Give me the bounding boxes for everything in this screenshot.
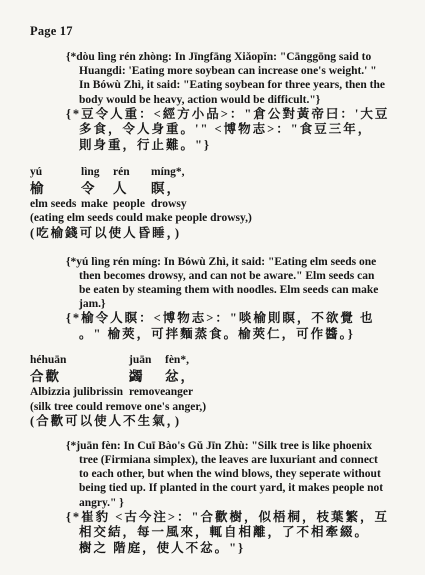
note-line-chinese: {*崔豹 <古今注>："合歡樹，似梧桐，枝葉繁，互 — [66, 510, 405, 525]
pinyin-word: juān — [129, 352, 165, 369]
gloss-word: remove — [129, 385, 165, 399]
verse-translation-en: (silk tree could remove one's anger,) — [30, 400, 405, 414]
note-line: {*dòu lìng rén zhòng: In Jīngfāng Xiǎopǐ… — [66, 50, 405, 64]
gloss-row: Albizzia julibrissin remove anger — [30, 385, 405, 399]
note-line: angry." } — [66, 496, 405, 510]
pinyin-word: lìng — [81, 164, 113, 181]
pinyin-word: rén — [113, 164, 151, 181]
note-juan: {*juān fèn: In Cuī Bào's Gǔ Jīn Zhù: "Si… — [66, 439, 405, 556]
pinyin-word: héhuān — [30, 352, 129, 369]
note-line: then becomes drowsy, and can not be awar… — [66, 269, 405, 283]
hanzi-word: 蠲 — [129, 369, 165, 385]
note-line-chinese: {*榆令人瞑：<博物志>："啖榆則瞑，不欲覺 也 — [66, 311, 405, 326]
note-line: be eaten by steaming them with noodles. … — [66, 283, 405, 297]
pinyin-row: yú lìng rén míng*, — [30, 164, 405, 181]
note-line: being tied up. If planted in the court y… — [66, 481, 405, 495]
note-line-chinese: 。" 榆莢，可拌麵蒸食。榆莢仁，可作醬。} — [66, 327, 405, 342]
gloss-word: elm seeds — [30, 197, 81, 211]
hanzi-word: 瞑， — [151, 181, 182, 197]
document-page: Page 17 {*dòu lìng rén zhòng: In Jīngfān… — [0, 0, 425, 575]
note-line: jam.} — [66, 297, 405, 311]
note-line-chinese: 則身重，行止難。"} — [66, 138, 405, 153]
hanzi-word: 忿， — [165, 369, 196, 385]
gloss-word: Albizzia julibrissin — [30, 385, 129, 399]
note-line-chinese: 樹之 階庭，使人不忿。"} — [66, 541, 405, 556]
note-line-chinese: 相交結，每一風來，輒自相離，了不相牽綴。 — [66, 525, 405, 540]
pinyin-word: míng*, — [151, 164, 185, 181]
note-line: body would be heavy, action would be dif… — [66, 93, 405, 107]
pinyin-word: fèn*, — [165, 352, 189, 369]
gloss-word: people — [113, 197, 151, 211]
note-line: In Bówù Zhì, it said: "Eating soybean fo… — [66, 78, 405, 92]
verse-translation-zh: (合歡可以使人不生氣，) — [30, 414, 405, 430]
note-line: {*yú lìng rén míng: In Bówù Zhì, it said… — [66, 255, 405, 269]
hanzi-word: 榆 — [30, 181, 81, 197]
verse-translation-zh: (吃榆錢可以使人昏睡，) — [30, 226, 405, 242]
note-line-chinese: {*豆令人重：<經方小品>："倉公對黃帝曰：'大豆 — [66, 107, 405, 122]
hanzi-row: 榆 令 人 瞑， — [30, 181, 405, 197]
verse-elm-seeds: yú lìng rén míng*, 榆 令 人 瞑， elm seeds ma… — [30, 164, 405, 242]
verse-translation-en: (eating elm seeds could make people drow… — [30, 211, 405, 225]
gloss-word: make — [81, 197, 113, 211]
gloss-row: elm seeds make people drowsy — [30, 197, 405, 211]
pinyin-word: yú — [30, 164, 81, 181]
hanzi-word: 令 — [81, 181, 113, 197]
note-line: {*juān fèn: In Cuī Bào's Gǔ Jīn Zhù: "Si… — [66, 439, 405, 453]
hanzi-word: 人 — [113, 181, 151, 197]
verse-silk-tree: héhuān juān fèn*, 合歡 蠲 忿， Albizzia julib… — [30, 352, 405, 430]
hanzi-row: 合歡 蠲 忿， — [30, 369, 405, 385]
note-dou: {*dòu lìng rén zhòng: In Jīngfāng Xiǎopǐ… — [66, 50, 405, 153]
note-line: tree (Firmiana simplex), the leaves are … — [66, 453, 405, 467]
gloss-word: drowsy — [151, 197, 187, 211]
hanzi-word: 合歡 — [30, 369, 129, 385]
note-line-chinese: 多食，令人身重。'" <博物志>："食豆三年， — [66, 122, 405, 137]
page-number: Page 17 — [30, 24, 405, 38]
note-yu: {*yú lìng rén míng: In Bówù Zhì, it said… — [66, 255, 405, 343]
gloss-word: anger — [165, 385, 193, 399]
pinyin-row: héhuān juān fèn*, — [30, 352, 405, 369]
note-line: to each other, but when the wind blows, … — [66, 467, 405, 481]
note-line: Huangdi: 'Eating more soybean can increa… — [66, 64, 405, 78]
